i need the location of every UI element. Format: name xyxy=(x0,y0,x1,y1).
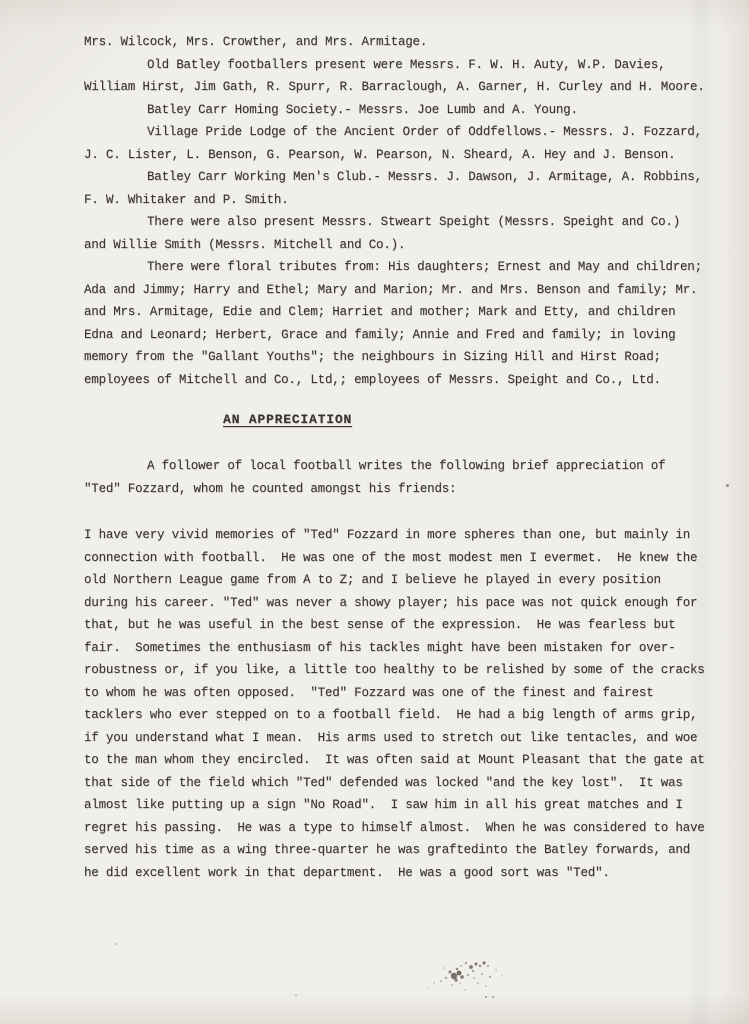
attendees-paragraphs: Mrs. Wilcock, Mrs. Crowther, and Mrs. Ar… xyxy=(84,31,729,391)
ink-speck xyxy=(115,943,117,945)
text-line: There were floral tributes from: His dau… xyxy=(84,256,729,279)
text-line: Batley Carr Working Men's Club.- Messrs.… xyxy=(84,166,729,189)
appreciation-body: I have very vivid memories of "Ted" Fozz… xyxy=(84,524,729,884)
text-line: Batley Carr Homing Society.- Messrs. Joe… xyxy=(84,99,729,122)
text-line: Ada and Jimmy; Harry and Ethel; Mary and… xyxy=(84,279,729,302)
ink-speck xyxy=(726,484,729,487)
text-line: I have very vivid memories of "Ted" Fozz… xyxy=(84,524,729,547)
text-line: and Mrs. Armitage, Edie and Clem; Harrie… xyxy=(84,301,729,324)
text-line: Mrs. Wilcock, Mrs. Crowther, and Mrs. Ar… xyxy=(84,31,729,54)
ink-speck xyxy=(492,996,494,998)
text-line: There were also present Messrs. Stweart … xyxy=(84,211,729,234)
text-line: Old Batley footballers present were Mess… xyxy=(84,54,729,77)
text-line: tacklers who ever stepped on to a footba… xyxy=(84,704,729,727)
appreciation-intro: A follower of local football writes the … xyxy=(84,455,729,500)
text-line: "Ted" Fozzard, whom he counted amongst h… xyxy=(84,478,729,501)
ink-smudge xyxy=(416,950,516,1000)
text-line: F. W. Whitaker and P. Smith. xyxy=(84,189,729,212)
text-line: regret his passing. He was a type to him… xyxy=(84,817,729,840)
text-line: Edna and Leonard; Herbert, Grace and fam… xyxy=(84,324,729,347)
text-line: to the man whom they encircled. It was o… xyxy=(84,749,729,772)
text-line: connection with football. He was one of … xyxy=(84,547,729,570)
text-line: robustness or, if you like, a little too… xyxy=(84,659,729,682)
text-line: memory from the "Gallant Youths"; the ne… xyxy=(84,346,729,369)
ink-speck xyxy=(485,996,487,998)
text-line: to whom he was often opposed. "Ted" Fozz… xyxy=(84,682,729,705)
text-line: during his career. "Ted" was never a sho… xyxy=(84,592,729,615)
text-line: if you understand what I mean. His arms … xyxy=(84,727,729,750)
ink-speck xyxy=(295,994,297,996)
text-line: almost like putting up a sign "No Road".… xyxy=(84,794,729,817)
text-line: fair. Sometimes the enthusiasm of his ta… xyxy=(84,637,729,660)
text-line: employees of Mitchell and Co., Ltd,; emp… xyxy=(84,369,729,392)
text-line: that, but he was useful in the best sens… xyxy=(84,614,729,637)
text-line: served his time as a wing three-quarter … xyxy=(84,839,729,862)
scanned-page: Mrs. Wilcock, Mrs. Crowther, and Mrs. Ar… xyxy=(0,0,749,1024)
text-line: old Northern League game from A to Z; an… xyxy=(84,569,729,592)
text-line: Village Pride Lodge of the Ancient Order… xyxy=(84,121,729,144)
text-line: A follower of local football writes the … xyxy=(84,455,729,478)
text-line: that side of the field which "Ted" defen… xyxy=(84,772,729,795)
text-line: William Hirst, Jim Gath, R. Spurr, R. Ba… xyxy=(84,76,729,99)
appreciation-heading: AN APPRECIATION xyxy=(223,412,352,427)
text-line: and Willie Smith (Messrs. Mitchell and C… xyxy=(84,234,729,257)
text-line: he did excellent work in that department… xyxy=(84,862,729,885)
text-line: J. C. Lister, L. Benson, G. Pearson, W. … xyxy=(84,144,729,167)
